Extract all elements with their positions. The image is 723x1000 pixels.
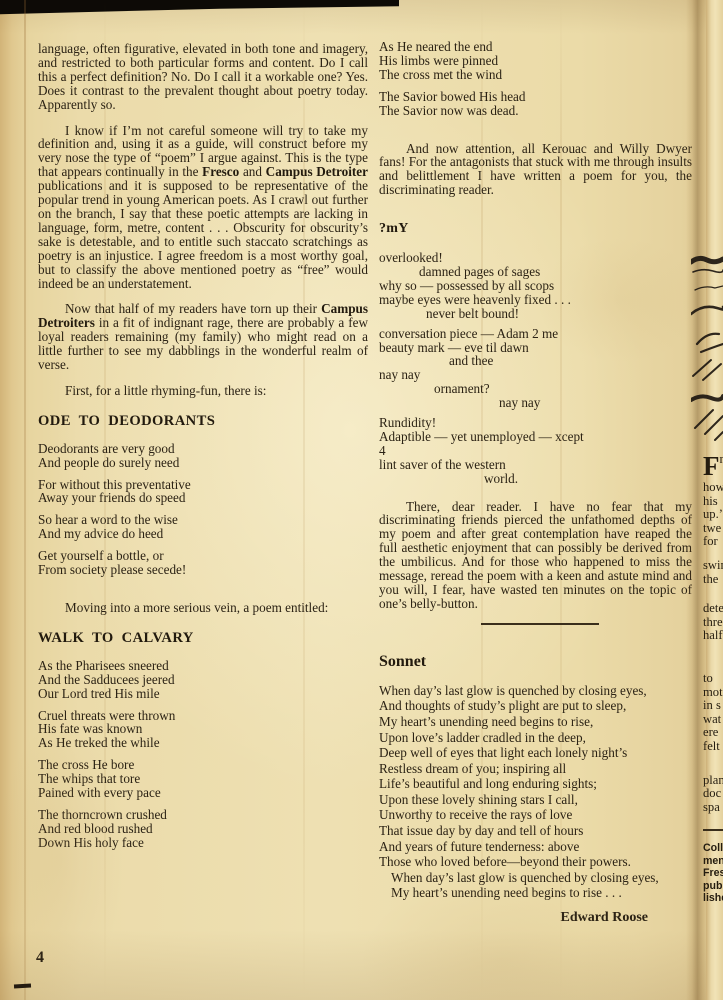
- text-fragment: half: [703, 629, 723, 643]
- poem-line: Down His holy face: [38, 836, 368, 850]
- text-fragment: ere: [703, 726, 723, 740]
- poem-line: When day’s last glow is quenched by clos…: [379, 683, 692, 699]
- poem-line: lint saver of the western: [379, 458, 692, 472]
- adjacent-page-rule: [703, 829, 723, 831]
- right-column: As He neared the end His limbs were pinn…: [379, 40, 692, 925]
- scan-artifact-top-bar: [0, 0, 399, 15]
- publication-name-fresco: Fresco: [202, 164, 239, 179]
- text-fragment: doc: [703, 787, 723, 801]
- text-fragment: in s: [703, 699, 723, 713]
- text-fragment: Fres: [703, 867, 723, 879]
- poem-line: As He treked the while: [38, 736, 368, 750]
- poem-line: why so — possessed by all scops: [379, 279, 692, 293]
- poem-line: nay nay: [379, 368, 692, 382]
- poem-line: Rundidity!: [379, 416, 692, 430]
- poem-line: nay nay: [499, 396, 692, 410]
- scan-artifact-dash: [14, 984, 31, 989]
- text-run: Now that half of my readers have torn up…: [65, 301, 321, 316]
- poem-line: Cruel threats were thrown: [38, 709, 368, 723]
- poem-line: The Savior now was dead.: [379, 104, 692, 118]
- poem-line: And my advice do heed: [38, 527, 368, 541]
- poem-stanza: Get yourself a bottle, or From society p…: [38, 549, 368, 577]
- poem-stanza: Cruel threats were thrown His fate was k…: [38, 709, 368, 751]
- section-divider: [481, 623, 599, 625]
- poem-line: never belt bound!: [426, 307, 692, 321]
- poem-line: The Savior bowed His head: [379, 90, 692, 104]
- drop-cap: F: [703, 453, 720, 481]
- adjacent-page-text-fragments: Fri how his up.’ twe for swin the dete t…: [703, 453, 723, 904]
- poem-stanza: The Savior bowed His head The Savior now…: [379, 90, 692, 118]
- poem-line: beauty mark — eve til dawn: [379, 341, 692, 355]
- poem-line: Life’s beautiful and long enduring sight…: [379, 776, 692, 792]
- text-fragment: how: [703, 481, 723, 495]
- poem-line: As He neared the end: [379, 40, 692, 54]
- poem-line: Deodorants are very good: [38, 442, 368, 456]
- poem-title-ode-to-deodorants: ODE TO DEODORANTS: [38, 415, 368, 429]
- poem-line: My heart’s unending need begins to rise,: [379, 714, 692, 730]
- poem-stanza: As He neared the end His limbs were pinn…: [379, 40, 692, 82]
- poem-line: overlooked!: [379, 251, 692, 265]
- adjacent-dropcap-line: Fri: [703, 453, 723, 481]
- poem-stanza: The thorncrown crushed And red blood rus…: [38, 808, 368, 850]
- poem-line: Unworthy to receive the rays of love: [379, 807, 692, 823]
- poem-line: His limbs were pinned: [379, 54, 692, 68]
- fragment-group: to mot in s wat ere felt: [703, 672, 723, 754]
- poem-line: world.: [484, 472, 692, 486]
- poem-line: The whips that tore: [38, 772, 368, 786]
- poem-line: Those who loved before—beyond their powe…: [379, 854, 692, 870]
- poem-line: That issue day by day and tell of hours: [379, 823, 692, 839]
- poem-stanza: The cross He bore The whips that tore Pa…: [38, 758, 368, 800]
- poem-stanza: Deodorants are very good And people do s…: [38, 442, 368, 470]
- poem-stanza: conversation piece — Adam 2 me beauty ma…: [379, 327, 692, 410]
- text-fragment: twe: [703, 522, 723, 536]
- poem-sonnet: When day’s last glow is quenched by clos…: [379, 683, 692, 901]
- poem-line: Our Lord tred His mile: [38, 687, 368, 701]
- text-fragment: dete: [703, 602, 723, 616]
- poem-line: Adaptible — yet unemployed — xcept: [379, 430, 692, 444]
- fragment-group-credit: Coll men Fres publ lishe: [703, 842, 723, 904]
- poem-line: maybe eyes were heavenly fixed . . .: [379, 293, 692, 307]
- text-fragment: up.’: [703, 508, 723, 522]
- paragraph-readers: Now that half of my readers have torn up…: [38, 302, 368, 372]
- poem-line: And years of future tenderness: above: [379, 839, 692, 855]
- text-fragment: thre: [703, 616, 723, 630]
- left-column: language, often figurative, elevated in …: [38, 42, 368, 858]
- poem-line: conversation piece — Adam 2 me: [379, 327, 692, 341]
- poem-line: Upon these lovely shining stars I call,: [379, 792, 692, 808]
- paragraph-language: language, often figurative, elevated in …: [38, 42, 368, 112]
- paragraph-serious-vein: Moving into a more serious vein, a poem …: [38, 601, 368, 615]
- poem-line: And the Sadducees jeered: [38, 673, 368, 687]
- text-fragment: lishe: [703, 892, 723, 904]
- adjacent-page-illustration: [691, 252, 723, 452]
- paper-crease: [24, 0, 26, 1000]
- poem-title-my: ?mY: [379, 222, 692, 236]
- poem-line: ornament?: [434, 382, 692, 396]
- poem-line: Deep well of eyes that light each lonely…: [379, 745, 692, 761]
- text-fragment: to: [703, 672, 723, 686]
- text-fragment: the: [703, 573, 723, 587]
- page-number: 4: [36, 949, 44, 967]
- poem-line: Get yourself a bottle, or: [38, 549, 368, 563]
- poem-line: Away your friends do speed: [38, 491, 368, 505]
- text-run: publications and it is supposed to be re…: [38, 178, 368, 290]
- text-fragment: spa: [703, 801, 723, 815]
- poem-title-walk-to-calvary: WALK TO CALVARY: [38, 632, 368, 646]
- poem-line: Pained with every pace: [38, 786, 368, 800]
- text-fragment: felt: [703, 740, 723, 754]
- text-fragment: ri: [720, 453, 723, 466]
- poem-line: Restless dream of you; inspiring all: [379, 761, 692, 777]
- poem-line: So hear a word to the wise: [38, 513, 368, 527]
- poem-stanza: So hear a word to the wise And my advice…: [38, 513, 368, 541]
- paragraph-kerouac: And now attention, all Kerouac and Willy…: [379, 142, 692, 198]
- poem-line: His fate was known: [38, 722, 368, 736]
- author-signature: Edward Roose: [379, 911, 692, 925]
- poem-line: The cross met the wind: [379, 68, 692, 82]
- text-fragment: swin: [703, 559, 723, 573]
- poem-line: From society please secede!: [38, 563, 368, 577]
- text-fragment: wat: [703, 713, 723, 727]
- poem-stanza: As the Pharisees sneered And the Sadduce…: [38, 659, 368, 701]
- paragraph-definition: I know if I’m not careful someone will t…: [38, 124, 368, 291]
- poem-line: For without this preventative: [38, 478, 368, 492]
- text-fragment: for: [703, 535, 723, 549]
- poem-stanza: For without this preventative Away your …: [38, 478, 368, 506]
- poem-line: As the Pharisees sneered: [38, 659, 368, 673]
- text-fragment: publ: [703, 880, 723, 892]
- text-fragment: plan: [703, 774, 723, 788]
- poem-stanza: overlooked! damned pages of sages why so…: [379, 251, 692, 321]
- text-fragment: mot: [703, 686, 723, 700]
- text-run: and: [239, 164, 265, 179]
- fragment-group: dete thre half: [703, 602, 723, 643]
- text-fragment: men: [703, 855, 723, 867]
- poem-line: When day’s last glow is quenched by clos…: [391, 870, 692, 886]
- text-fragment: Coll: [703, 842, 723, 854]
- poem-line: damned pages of sages: [419, 265, 692, 279]
- poem-line: Upon love’s ladder cradled in the deep,: [379, 730, 692, 746]
- poem-line: 4: [379, 444, 692, 458]
- fragment-group: plan doc spa: [703, 774, 723, 815]
- poem-line: The thorncrown crushed: [38, 808, 368, 822]
- poem-line: My heart’s unending need begins to rise …: [391, 885, 692, 901]
- poem-line: The cross He bore: [38, 758, 368, 772]
- fragment-group: how his up.’ twe for: [703, 481, 723, 549]
- paragraph-intro-rhyme: First, for a little rhyming-fun, there i…: [38, 384, 368, 398]
- poem-line: And thoughts of study’s plight are put t…: [379, 698, 692, 714]
- text-fragment: his: [703, 495, 723, 509]
- paragraph-dear-reader: There, dear reader. I have no fear that …: [379, 500, 692, 611]
- poem-line: and thee: [449, 354, 692, 368]
- poem-title-sonnet: Sonnet: [379, 655, 692, 669]
- poem-stanza: Rundidity! Adaptible — yet unemployed — …: [379, 416, 692, 486]
- poem-line: And people do surely need: [38, 456, 368, 470]
- poem-line: And red blood rushed: [38, 822, 368, 836]
- fragment-group: swin the: [703, 559, 723, 586]
- publication-name-campus-detroiter: Campus Detroiter: [266, 164, 368, 179]
